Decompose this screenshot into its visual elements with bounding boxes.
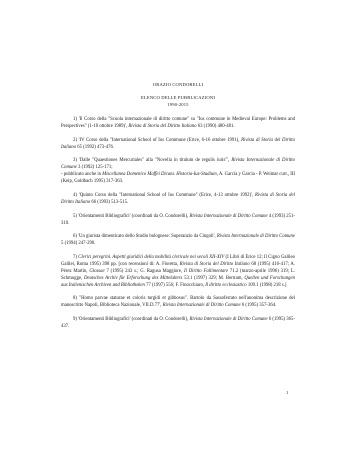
publication-entry: 6) 'Un giurista dimenticato dello Studio…: [61, 234, 295, 248]
italic-title: Rivista Internazionale di Diritto Comune: [217, 234, 295, 239]
publication-entry: 5) 'Orientamenti Bibliografici' (coordin…: [61, 214, 295, 228]
entry-number: 5): [73, 214, 78, 219]
italic-title: Rivista Internazionale di Diritto Comune: [189, 317, 267, 322]
italic-title: Rivista Internazionale di Diritto Comune: [61, 158, 295, 170]
italic-title: Il diritto ecclesiastico: [205, 283, 246, 288]
italic-title: Il Diritto Fallimentare: [184, 269, 228, 274]
author-name: ORAZIO CONDORELLI: [61, 82, 295, 88]
entry-number: 3): [73, 158, 79, 163]
document-title: ELENCO DELLE PUBBLICAZIONI: [61, 95, 295, 101]
entry-number: 1): [73, 117, 79, 122]
publication-entry: 1) 'Il Corso della "Scuola internazional…: [61, 117, 295, 131]
publication-entry: 9) 'Orientamenti Bibliografici' (coordin…: [61, 317, 295, 331]
entry-number: 4): [73, 193, 79, 198]
publication-entry: 4) 'Quinto Corso della "International Sc…: [61, 193, 295, 207]
italic-title: Deutsches Archiv für Erforschung des Mit…: [84, 276, 182, 281]
publication-entry: 2) 'IV Corso della "International School…: [61, 138, 295, 152]
publication-entry: 3) 'Dalle "Quaestiones Mercuriales" alla…: [61, 158, 295, 186]
entry-number: 9): [73, 317, 78, 322]
italic-title: Rivista Internazionale di Diritto Comune: [163, 303, 241, 308]
italic-title: Rivista di Storia del Diritto Italiano: [61, 193, 295, 205]
italic-title: Miscellanea Domenico Maffei Dicata. Hist…: [102, 172, 216, 177]
publication-entry: 8) "Homo parvae staturae et coloris turg…: [61, 296, 295, 310]
entry-number: 6): [73, 234, 78, 239]
year-range: 1990-2015: [61, 102, 295, 108]
italic-title: Rivista di Storia del Diritto Italiano: [61, 138, 295, 150]
entry-number: 8): [73, 296, 79, 301]
italic-title: Rivista Internazionale di Diritto Comune: [189, 214, 267, 219]
publication-list: 1) 'Il Corso della "Scuola internazional…: [61, 117, 295, 338]
italic-title: Glossae: [89, 269, 104, 274]
italic-title: Rivista di Storia del Diritto Italiano: [128, 124, 196, 129]
publication-entry: 7) Clerici peregrini. Aspetti giuridici …: [61, 255, 295, 290]
entry-subnote: - pubblicato anche in Miscellanea Domeni…: [61, 172, 295, 184]
italic-title: Clerici peregrini. Aspetti giuridici del…: [78, 255, 224, 260]
page-number: 1: [286, 390, 288, 395]
italic-title: Rivista di Storia del Diritto Italiano: [180, 262, 250, 267]
entry-number: 2): [73, 138, 79, 143]
